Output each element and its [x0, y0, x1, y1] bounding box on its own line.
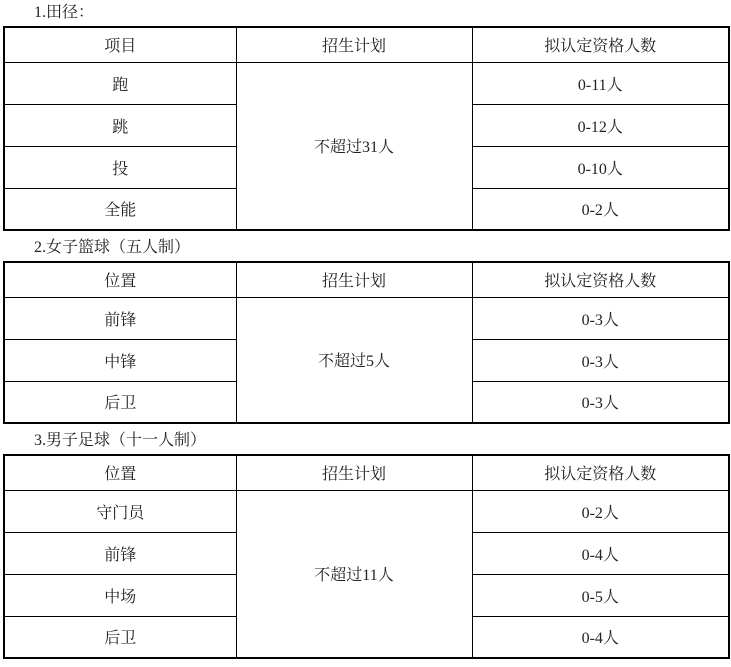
column-header-position: 位置: [4, 455, 236, 490]
section-womens-basketball: 2.女子篮球（五人制） 位置 招生计划 拟认定资格人数 前锋 不超过5人 0-3…: [3, 239, 731, 424]
quota-cell: 0-3人: [472, 297, 729, 339]
quota-cell: 0-10人: [472, 146, 729, 188]
column-header-position: 位置: [4, 262, 236, 297]
plan-cell: 不超过11人: [236, 490, 472, 658]
table-row: 前锋 不超过5人 0-3人: [4, 297, 729, 339]
column-header-plan: 招生计划: [236, 455, 472, 490]
table-header-row: 位置 招生计划 拟认定资格人数: [4, 262, 729, 297]
quota-cell: 0-4人: [472, 616, 729, 658]
section-track-field: 1.田径： 项目 招生计划 拟认定资格人数 跑 不超过31人 0-11人 跳 0…: [3, 4, 731, 231]
quota-cell: 0-3人: [472, 381, 729, 423]
table-row: 守门员 不超过11人 0-2人: [4, 490, 729, 532]
event-cell: 全能: [4, 188, 236, 230]
quota-cell: 0-12人: [472, 104, 729, 146]
column-header-quota: 拟认定资格人数: [472, 455, 729, 490]
column-header-plan: 招生计划: [236, 262, 472, 297]
position-cell: 前锋: [4, 297, 236, 339]
womens-basketball-table: 位置 招生计划 拟认定资格人数 前锋 不超过5人 0-3人 中锋 0-3人 后卫…: [3, 261, 730, 424]
event-cell: 跳: [4, 104, 236, 146]
section-mens-football: 3.男子足球（十一人制） 位置 招生计划 拟认定资格人数 守门员 不超过11人 …: [3, 432, 731, 659]
section-heading: 2.女子篮球（五人制）: [34, 239, 731, 257]
table-header-row: 位置 招生计划 拟认定资格人数: [4, 455, 729, 490]
position-cell: 中锋: [4, 339, 236, 381]
plan-cell: 不超过31人: [236, 62, 472, 230]
position-cell: 后卫: [4, 616, 236, 658]
mens-football-table: 位置 招生计划 拟认定资格人数 守门员 不超过11人 0-2人 前锋 0-4人 …: [3, 454, 730, 659]
event-cell: 投: [4, 146, 236, 188]
track-field-table: 项目 招生计划 拟认定资格人数 跑 不超过31人 0-11人 跳 0-12人 投…: [3, 26, 730, 231]
position-cell: 前锋: [4, 532, 236, 574]
position-cell: 中场: [4, 574, 236, 616]
plan-cell: 不超过5人: [236, 297, 472, 423]
section-heading: 3.男子足球（十一人制）: [34, 432, 731, 450]
column-header-quota: 拟认定资格人数: [472, 27, 729, 62]
quota-cell: 0-11人: [472, 62, 729, 104]
section-heading: 1.田径：: [34, 4, 731, 22]
position-cell: 后卫: [4, 381, 236, 423]
document-page: 1.田径： 项目 招生计划 拟认定资格人数 跑 不超过31人 0-11人 跳 0…: [0, 0, 731, 659]
quota-cell: 0-5人: [472, 574, 729, 616]
quota-cell: 0-3人: [472, 339, 729, 381]
event-cell: 跑: [4, 62, 236, 104]
quota-cell: 0-2人: [472, 188, 729, 230]
column-header-event: 项目: [4, 27, 236, 62]
quota-cell: 0-2人: [472, 490, 729, 532]
table-header-row: 项目 招生计划 拟认定资格人数: [4, 27, 729, 62]
position-cell: 守门员: [4, 490, 236, 532]
quota-cell: 0-4人: [472, 532, 729, 574]
column-header-plan: 招生计划: [236, 27, 472, 62]
table-row: 跑 不超过31人 0-11人: [4, 62, 729, 104]
column-header-quota: 拟认定资格人数: [472, 262, 729, 297]
